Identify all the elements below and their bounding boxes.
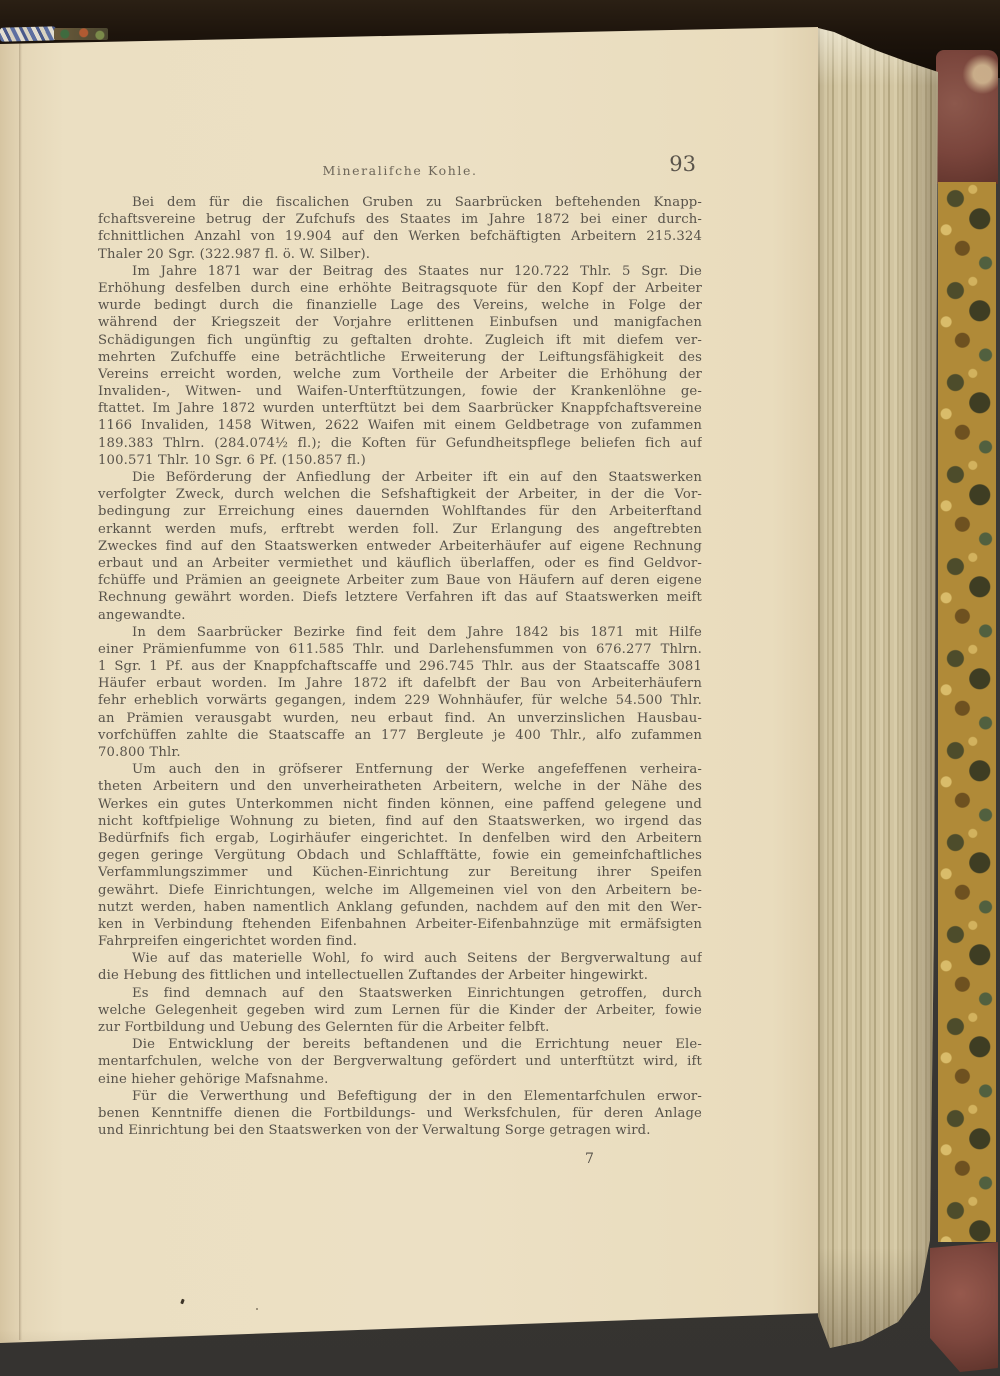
text-line: 189.383 Thlrn. (284.074½ fl.); die Kofte… [98,435,702,452]
text-line: 100.571 Thlr. 10 Sgr. 6 Pf. (150.857 fl.… [98,452,702,469]
paragraph: Für die Verwerthung und Befeftigung der … [98,1088,702,1140]
text-line: nicht koftfpielige Wohnung zu bieten, fi… [98,813,702,830]
running-header-title: Mineralifche Kohle. [98,163,702,178]
text-line: zur Fortbildung und Uebung des Gelernten… [98,1019,702,1036]
fore-edge-pages [810,26,944,1354]
text-line: an Prämien verausgabt wurden, neu erbaut… [98,710,702,727]
text-line: vorfchüffen zahlte die Staatscaffe an 17… [98,727,702,744]
paragraph: Es find demnach auf den Staatswerken Ein… [98,985,702,1037]
paragraph: Bei dem für die fiscalichen Gruben zu Sa… [98,194,702,263]
text-line: In dem Saarbrücker Bezirke find feit dem… [98,624,702,641]
text-line: Fahrpreifen eingerichtet worden find. [98,933,702,950]
text-line: welche Gelegenheit gegeben wird zum Lern… [98,1002,702,1019]
text-line: Häufer erbaut worden. Im Jahre 1872 ift … [98,675,702,692]
running-header: Mineralifche Kohle. 93 [98,158,702,188]
text-line: mehrten Zufchuffe eine beträchtliche Erw… [98,349,702,366]
text-line: erbaut und an Arbeiter vermiethet und kä… [98,555,702,572]
text-line: Bei dem für die fiscalichen Gruben zu Sa… [98,194,702,211]
text-line: ken in Verbindung ftehenden Eifenbahnen … [98,916,702,933]
text-line: während der Kriegszeit der Vorjahre erli… [98,314,702,331]
text-line: angewandte. [98,607,702,624]
text-line: die Hebung des fittlichen und intellectu… [98,967,702,984]
paragraph: Um auch den in gröfserer Entfernung der … [98,761,702,950]
text-line: fehr erheblich vorwärts gegangen, indem … [98,692,702,709]
text-line: gewährt. Diefe Einrichtungen, welche im … [98,882,702,899]
paragraph: Wie auf das materielle Wohl, fo wird auc… [98,950,702,984]
page-number: 93 [669,152,696,176]
endband [0,26,56,41]
cover-leather-corner-bottom [930,1242,998,1372]
scanned-book-photo: Mineralifche Kohle. 93 Bei dem für die f… [0,0,1000,1376]
signature-mark: 7 [585,1151,594,1167]
text-line: einer Prämienfumme von 611.585 Thlr. und… [98,641,702,658]
text-line: Schädigungen fich ungünftig zu geftalten… [98,332,702,349]
text-line: 70.800 Thlr. [98,744,702,761]
paragraph: In dem Saarbrücker Bezirke find feit dem… [98,624,702,762]
text-line: Vereins erreicht worden, welche zum Vort… [98,366,702,383]
text-line: mentarfchulen, welche von der Bergverwal… [98,1053,702,1070]
text-line: nutzt werden, haben namentlich Anklang g… [98,899,702,916]
cover-marbled-edge [938,182,996,1242]
text-line: Invaliden-, Witwen- und Waifen-Unterftüt… [98,383,702,400]
text-line: Rechnung gewährt worden. Diefs letztere … [98,589,702,606]
text-line: benen Kenntniffe dienen die Fortbildungs… [98,1105,702,1122]
text-line: Die Entwicklung der bereits beftandenen … [98,1036,702,1053]
text-line: Verfammlungszimmer und Küchen-Einrichtun… [98,864,702,881]
text-line: verfolgter Zweck, durch welchen die Sefs… [98,486,702,503]
text-line: fchnittlichen Anzahl von 19.904 auf den … [98,228,702,245]
text-line: bedingung zur Erreichung eines dauernden… [98,503,702,520]
paragraph: Die Entwicklung der bereits beftandenen … [98,1036,702,1088]
text-line: 1 Sgr. 1 Pf. aus der Knappfchaftscaffe u… [98,658,702,675]
gutter-shadow [19,40,22,1340]
text-line: wurde bedingt durch die finanzielle Lage… [98,297,702,314]
text-line: Werkes ein gutes Unterkommen nicht finde… [98,796,702,813]
text-line: theten Arbeitern und den unverheirathete… [98,778,702,795]
text-line: Erhöhung desfelben durch eine erhöhte Be… [98,280,702,297]
ink-speck [256,1308,258,1310]
text-line: Zweckes find auf den Staatswerken entwed… [98,538,702,555]
text-line: 1166 Invaliden, 1458 Witwen, 2622 Waifen… [98,417,702,434]
text-line: Bedürfnifs fich ergab, Logirhäufer einge… [98,830,702,847]
paragraph: Im Jahre 1871 war der Beitrag des Staate… [98,263,702,469]
text-line: Es find demnach auf den Staatswerken Ein… [98,985,702,1002]
cover-leather-corner-top [936,50,998,184]
paragraph: Die Beförderung der Anfiedlung der Arbei… [98,469,702,624]
text-line: ftattet. Im Jahre 1872 wurden unterftütz… [98,400,702,417]
text-line: Wie auf das materielle Wohl, fo wird auc… [98,950,702,967]
text-line: Die Beförderung der Anfiedlung der Arbei… [98,469,702,486]
text-line: fchaftsvereine betrug der Zufchufs des S… [98,211,702,228]
text-line: Thaler 20 Sgr. (322.987 fl. ö. W. Silber… [98,246,702,263]
text-line: Um auch den in gröfserer Entfernung der … [98,761,702,778]
text-line: gegen geringe Vergütung Obdach und Schla… [98,847,702,864]
text-line: und Einrichtung bei den Staatswerken von… [98,1122,702,1139]
text-line: Im Jahre 1871 war der Beitrag des Staate… [98,263,702,280]
ink-speck [180,1299,185,1305]
text-line: erkannt werden mufs, erftrebt werden fol… [98,521,702,538]
text-line: eine hieher gehörige Mafsnahme. [98,1071,702,1088]
scanned-book-page: Mineralifche Kohle. 93 Bei dem für die f… [0,0,830,1352]
text-line: Für die Verwerthung und Befeftigung der … [98,1088,702,1105]
text-block: Bei dem für die fiscalichen Gruben zu Sa… [98,194,702,1139]
text-line: fchüffe und Prämien an geeignete Arbeite… [98,572,702,589]
marbled-edge-fragment [54,28,108,40]
